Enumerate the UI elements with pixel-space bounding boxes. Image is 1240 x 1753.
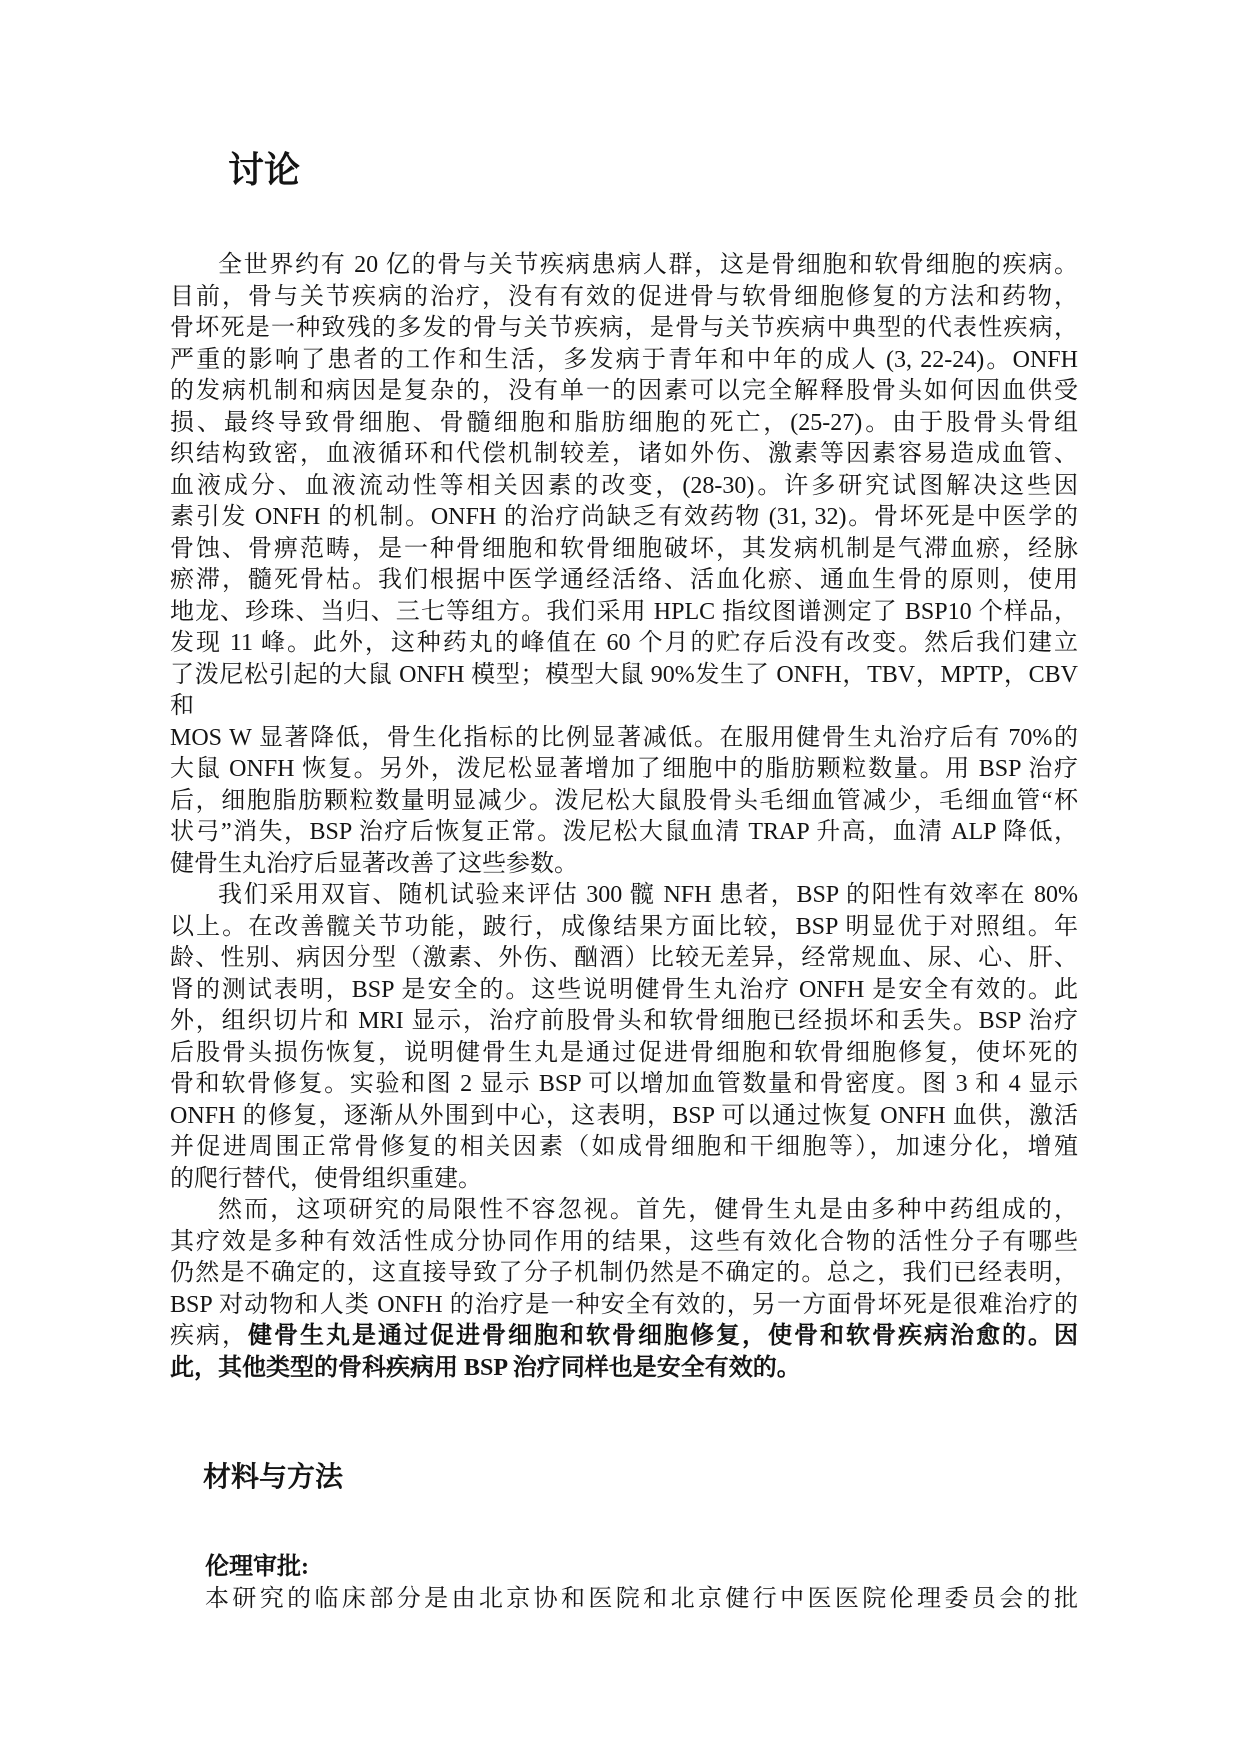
text-line: 损、最终导致骨细胞、骨髓细胞和脂肪细胞的死亡，(25-27)。由于股骨头骨组 — [170, 408, 1078, 440]
text-line: 我们采用双盲、随机试验来评估 300 髋 NFH 患者，BSP 的阳性有效率在 … — [170, 880, 1078, 912]
text-segment: 骨蚀、骨痹范畴，是一种骨细胞和软骨细胞破坏，其发病机制是气滞血瘀，经脉 — [170, 536, 1078, 562]
text-line: 骨蚀、骨痹范畴，是一种骨细胞和软骨细胞破坏，其发病机制是气滞血瘀，经脉 — [170, 534, 1078, 566]
text-line: 血液成分、血液流动性等相关因素的改变，(28-30)。许多研究试图解决这些因 — [170, 471, 1078, 503]
text-line: 瘀滞，髓死骨枯。我们根据中医学通经活络、活血化瘀、通血生骨的原则，使用 — [170, 565, 1078, 597]
text-segment: 健骨生丸治疗后显著改善了这些参数。 — [170, 851, 578, 877]
text-segment: 织结构致密，血液循环和代偿机制较差，诸如外伤、激素等因素容易造成血管、 — [170, 441, 1078, 467]
text-line: 此，其他类型的骨科疾病用 BSP 治疗同样也是安全有效的。 — [170, 1353, 1078, 1385]
text-line: 其疗效是多种有效活性成分协同作用的结果，这些有效化合物的活性分子有哪些 — [170, 1227, 1078, 1259]
ethics-approval-heading: 伦理审批: — [205, 1552, 1078, 1584]
text-line: 以上。在改善髋关节功能，跛行，成像结果方面比较，BSP 明显优于对照组。年 — [170, 912, 1078, 944]
text-line: 地龙、珍珠、当归、三七等组方。我们采用 HPLC 指纹图谱测定了 BSP10 个… — [170, 597, 1078, 629]
text-segment: BSP 对动物和人类 ONFH 的治疗是一种安全有效的，另一方面骨坏死是很难治疗… — [170, 1292, 1078, 1318]
text-line: 全世界约有 20 亿的骨与关节疾病患病人群，这是骨细胞和软骨细胞的疾病。 — [170, 250, 1078, 282]
bold-text-segment: 健骨生丸是通过促进骨细胞和软骨细胞修复，使骨和软骨疾病治愈的。因 — [248, 1323, 1078, 1349]
text-segment: 目前，骨与关节疾病的治疗，没有有效的促进骨与软骨细胞修复的方法和药物， — [170, 284, 1078, 310]
text-segment: 后，细胞脂肪颗粒数量明显减少。泼尼松大鼠股骨头毛细血管减少，毛细血管“杯 — [170, 788, 1078, 814]
text-segment: 素引发 ONFH 的机制。ONFH 的治疗尚缺乏有效药物 (31, 32)。骨坏… — [170, 504, 1078, 530]
text-segment: 严重的影响了患者的工作和生活，多发病于青年和中年的成人 (3, 22-24)。O… — [170, 347, 1078, 373]
text-line: 素引发 ONFH 的机制。ONFH 的治疗尚缺乏有效药物 (31, 32)。骨坏… — [170, 502, 1078, 534]
text-line: 织结构致密，血液循环和代偿机制较差，诸如外伤、激素等因素容易造成血管、 — [170, 439, 1078, 471]
text-segment: 外，组织切片和 MRI 显示，治疗前股骨头和软骨细胞已经损坏和丢失。BSP 治疗 — [170, 1008, 1078, 1034]
text-line: 发现 11 峰。此外，这种药丸的峰值在 60 个月的贮存后没有改变。然后我们建立 — [170, 628, 1078, 660]
text-line: 肾的测试表明，BSP 是安全的。这些说明健骨生丸治疗 ONFH 是安全有效的。此 — [170, 975, 1078, 1007]
text-segment: 血液成分、血液流动性等相关因素的改变，(28-30)。许多研究试图解决这些因 — [170, 473, 1078, 499]
text-segment: 骨坏死是一种致残的多发的骨与关节疾病，是骨与关节疾病中典型的代表性疾病， — [170, 315, 1078, 341]
text-line: 后股骨头损伤恢复，说明健骨生丸是通过促进骨细胞和软骨细胞修复，使坏死的 — [170, 1038, 1078, 1070]
text-segment: 然而，这项研究的局限性不容忽视。首先，健骨生丸是由多种中药组成的， — [218, 1197, 1078, 1223]
ethics-paragraph: 本研究的临床部分是由北京协和医院和北京健行中医医院伦理委员会的批 — [205, 1584, 1078, 1616]
text-line: ONFH 的修复，逐渐从外围到中心，这表明，BSP 可以通过恢复 ONFH 血供… — [170, 1101, 1078, 1133]
text-line: 仍然是不确定的，这直接导致了分子机制仍然是不确定的。总之，我们已经表明， — [170, 1258, 1078, 1290]
text-line: 目前，骨与关节疾病的治疗，没有有效的促进骨与软骨细胞修复的方法和药物， — [170, 282, 1078, 314]
text-line: BSP 对动物和人类 ONFH 的治疗是一种安全有效的，另一方面骨坏死是很难治疗… — [170, 1290, 1078, 1322]
text-line: 大鼠 ONFH 恢复。另外，泼尼松显著增加了细胞中的脂肪颗粒数量。用 BSP 治… — [170, 754, 1078, 786]
text-segment: 瘀滞，髓死骨枯。我们根据中医学通经活络、活血化瘀、通血生骨的原则，使用 — [170, 567, 1078, 593]
text-line: 并促进周围正常骨修复的相关因素（如成骨细胞和干细胞等），加速分化，增殖 — [170, 1132, 1078, 1164]
text-segment: 地龙、珍珠、当归、三七等组方。我们采用 HPLC 指纹图谱测定了 BSP10 个… — [170, 599, 1078, 625]
text-segment: 骨和软骨修复。实验和图 2 显示 BSP 可以增加血管数量和骨密度。图 3 和 … — [170, 1071, 1078, 1097]
text-segment: 的发病机制和病因是复杂的，没有单一的因素可以完全解释股骨头如何因血供受 — [170, 378, 1078, 404]
text-segment: 本研究的临床部分是由北京协和医院和北京健行中医医院伦理委员会的批 — [205, 1586, 1078, 1612]
text-line: 然而，这项研究的局限性不容忽视。首先，健骨生丸是由多种中药组成的， — [170, 1195, 1078, 1227]
materials-methods-heading: 材料与方法 — [203, 1460, 1078, 1496]
text-segment: MOS W 显著降低，骨生化指标的比例显著减低。在服用健骨生丸治疗后有 70%的 — [170, 725, 1078, 751]
text-line: 外，组织切片和 MRI 显示，治疗前股骨头和软骨细胞已经损坏和丢失。BSP 治疗 — [170, 1006, 1078, 1038]
text-segment: 损、最终导致骨细胞、骨髓细胞和脂肪细胞的死亡，(25-27)。由于股骨头骨组 — [170, 410, 1078, 436]
text-segment: 仍然是不确定的，这直接导致了分子机制仍然是不确定的。总之，我们已经表明， — [170, 1260, 1078, 1286]
text-segment: 龄、性别、病因分型（激素、外伤、酗酒）比较无差异，经常规血、尿、心、肝、 — [170, 945, 1078, 971]
text-segment: 肾的测试表明，BSP 是安全的。这些说明健骨生丸治疗 ONFH 是安全有效的。此 — [170, 977, 1078, 1003]
text-line: 状弓”消失，BSP 治疗后恢复正常。泼尼松大鼠血清 TRAP 升高，血清 ALP… — [170, 817, 1078, 849]
discussion-paragraph: 我们采用双盲、随机试验来评估 300 髋 NFH 患者，BSP 的阳性有效率在 … — [170, 880, 1078, 1195]
text-line: 严重的影响了患者的工作和生活，多发病于青年和中年的成人 (3, 22-24)。O… — [170, 345, 1078, 377]
text-segment: 了泼尼松引起的大鼠 ONFH 模型；模型大鼠 90%发生了 ONFH，TBV，M… — [170, 662, 1078, 720]
discussion-paragraph: 全世界约有 20 亿的骨与关节疾病患病人群，这是骨细胞和软骨细胞的疾病。目前，骨… — [170, 250, 1078, 880]
text-line: 的爬行替代，使骨组织重建。 — [170, 1164, 1078, 1196]
discussion-heading: 讨论 — [228, 148, 1078, 192]
text-line: 龄、性别、病因分型（激素、外伤、酗酒）比较无差异，经常规血、尿、心、肝、 — [170, 943, 1078, 975]
text-segment: 并促进周围正常骨修复的相关因素（如成骨细胞和干细胞等），加速分化，增殖 — [170, 1134, 1078, 1160]
text-segment: ONFH 的修复，逐渐从外围到中心，这表明，BSP 可以通过恢复 ONFH 血供… — [170, 1103, 1078, 1129]
text-segment: 疾病， — [170, 1323, 248, 1349]
text-segment: 大鼠 ONFH 恢复。另外，泼尼松显著增加了细胞中的脂肪颗粒数量。用 BSP 治… — [170, 756, 1078, 782]
document-page: 讨论 全世界约有 20 亿的骨与关节疾病患病人群，这是骨细胞和软骨细胞的疾病。目… — [0, 0, 1240, 1753]
text-line: 骨坏死是一种致残的多发的骨与关节疾病，是骨与关节疾病中典型的代表性疾病， — [170, 313, 1078, 345]
text-segment: 其疗效是多种有效活性成分协同作用的结果，这些有效化合物的活性分子有哪些 — [170, 1229, 1078, 1255]
text-segment: 后股骨头损伤恢复，说明健骨生丸是通过促进骨细胞和软骨细胞修复，使坏死的 — [170, 1040, 1078, 1066]
text-line: 骨和软骨修复。实验和图 2 显示 BSP 可以增加血管数量和骨密度。图 3 和 … — [170, 1069, 1078, 1101]
text-line: 的发病机制和病因是复杂的，没有单一的因素可以完全解释股骨头如何因血供受 — [170, 376, 1078, 408]
discussion-paragraph: 然而，这项研究的局限性不容忽视。首先，健骨生丸是由多种中药组成的，其疗效是多种有… — [170, 1195, 1078, 1384]
bold-text-segment: 此，其他类型的骨科疾病用 BSP 治疗同样也是安全有效的。 — [170, 1355, 801, 1381]
text-line: 了泼尼松引起的大鼠 ONFH 模型；模型大鼠 90%发生了 ONFH，TBV，M… — [170, 660, 1078, 723]
text-segment: 以上。在改善髋关节功能，跛行，成像结果方面比较，BSP 明显优于对照组。年 — [170, 914, 1078, 940]
text-segment: 我们采用双盲、随机试验来评估 300 髋 NFH 患者，BSP 的阳性有效率在 … — [218, 882, 1078, 908]
text-line: 后，细胞脂肪颗粒数量明显减少。泼尼松大鼠股骨头毛细血管减少，毛细血管“杯 — [170, 786, 1078, 818]
text-segment: 的爬行替代，使骨组织重建。 — [170, 1166, 482, 1192]
text-line: 健骨生丸治疗后显著改善了这些参数。 — [170, 849, 1078, 881]
text-segment: 全世界约有 20 亿的骨与关节疾病患病人群，这是骨细胞和软骨细胞的疾病。 — [218, 252, 1078, 278]
text-segment: 状弓”消失，BSP 治疗后恢复正常。泼尼松大鼠血清 TRAP 升高，血清 ALP… — [170, 819, 1078, 845]
text-segment: 发现 11 峰。此外，这种药丸的峰值在 60 个月的贮存后没有改变。然后我们建立 — [170, 630, 1078, 656]
discussion-body: 全世界约有 20 亿的骨与关节疾病患病人群，这是骨细胞和软骨细胞的疾病。目前，骨… — [170, 250, 1078, 1384]
text-line: 本研究的临床部分是由北京协和医院和北京健行中医医院伦理委员会的批 — [205, 1584, 1078, 1616]
text-line: MOS W 显著降低，骨生化指标的比例显著减低。在服用健骨生丸治疗后有 70%的 — [170, 723, 1078, 755]
text-line: 疾病，健骨生丸是通过促进骨细胞和软骨细胞修复，使骨和软骨疾病治愈的。因 — [170, 1321, 1078, 1353]
